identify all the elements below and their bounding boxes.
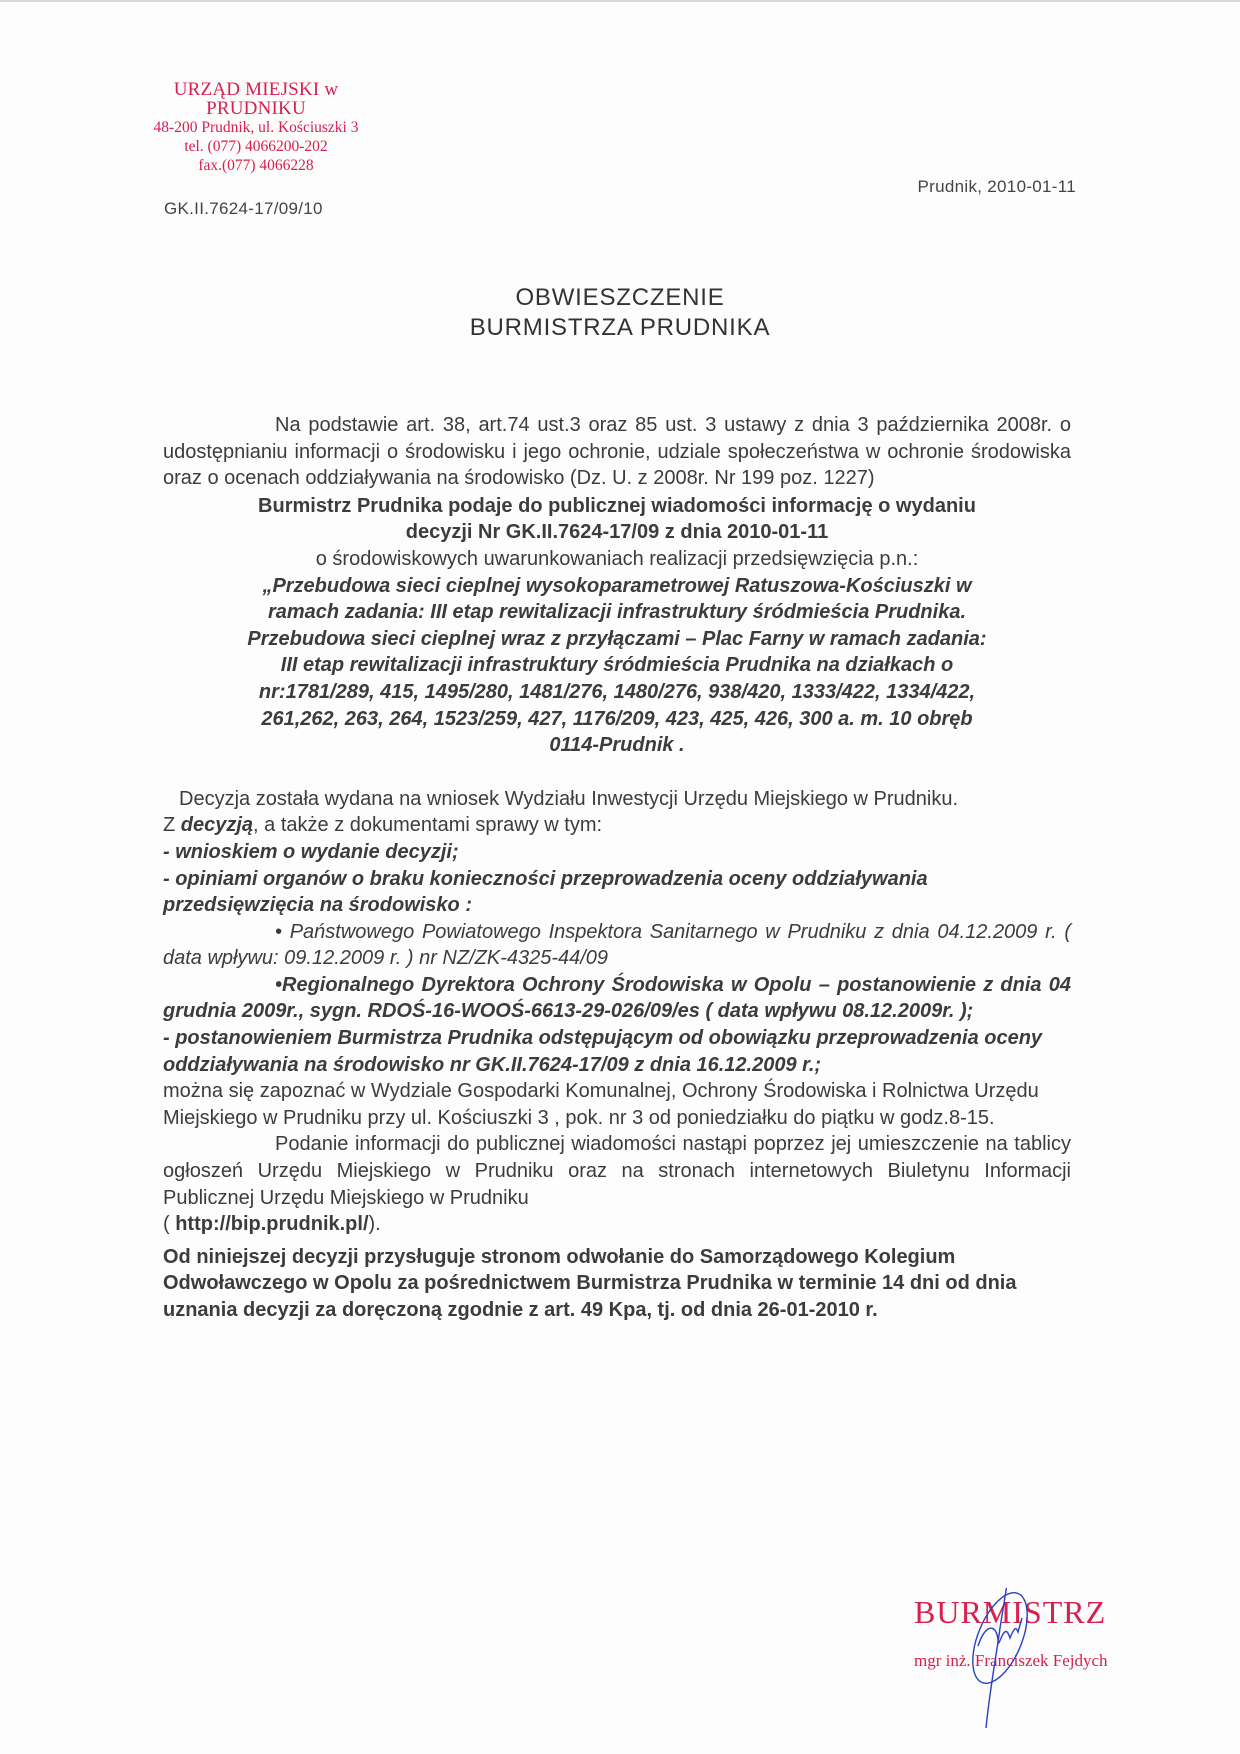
stamp-tel: tel. (077) 4066200-202 [126, 137, 386, 156]
title-line-2: BURMISTRZA PRUDNIKA [0, 313, 1240, 343]
announcement-line-2: decyzji Nr GK.II.7624-17/09 z dnia 2010-… [163, 519, 1071, 546]
handwritten-signature-icon [900, 1588, 1140, 1748]
reference-number: GK.II.7624-17/09/10 [164, 199, 323, 219]
stamp-address: 48-200 Prudnik, ul. Kościuszki 3 [126, 118, 386, 137]
project-line: „Przebudowa sieci cieplnej wysokoparamet… [163, 573, 1071, 600]
bip-link[interactable]: http://bip.prudnik.pl/ [175, 1213, 368, 1235]
project-line: Przebudowa sieci cieplnej wraz z przyłąc… [163, 626, 1071, 653]
document-title: OBWIESZCZENIE BURMISTRZA PRUDNIKA [0, 283, 1240, 343]
title-line-1: OBWIESZCZENIE [0, 283, 1240, 313]
project-line: nr:1781/289, 415, 1495/280, 1481/276, 14… [163, 679, 1071, 706]
place-date: Prudnik, 2010-01-11 [918, 177, 1076, 197]
bip-link-line: ( http://bip.prudnik.pl/). [163, 1211, 1071, 1238]
opinion-1: • Państwowego Powiatowego Inspektora San… [163, 919, 1071, 972]
link-suffix: ). [369, 1213, 381, 1235]
documents-intro-pre: Z [163, 814, 181, 836]
document-body: Na podstawie art. 38, art.74 ust.3 oraz … [163, 412, 1071, 1324]
link-prefix: ( [163, 1213, 175, 1235]
document-item-2: - opiniami organów o braku konieczności … [163, 866, 1071, 919]
intro-paragraph: Na podstawie art. 38, art.74 ust.3 oraz … [163, 412, 1071, 492]
documents-intro-post: , a także z dokumentami sprawy w tym: [253, 814, 602, 836]
project-line: III etap rewitalizacji infrastruktury śr… [163, 652, 1071, 679]
project-description: „Przebudowa sieci cieplnej wysokoparamet… [163, 573, 1071, 759]
appeal-paragraph: Od niniejszej decyzji przysługuje strono… [163, 1244, 1071, 1324]
stamp-office: URZĄD MIEJSKI w PRUDNIKU [126, 80, 386, 118]
announcement-line-1: Burmistrz Prudnika podaje do publicznej … [163, 493, 1071, 520]
announcement-line-3: o środowiskowych uwarunkowaniach realiza… [163, 546, 1071, 573]
documents-intro-emphasis: decyzją [181, 814, 253, 836]
page-edge [0, 0, 1240, 2]
publication-paragraph: Podanie informacji do publicznej wiadomo… [163, 1131, 1071, 1211]
opinion-2: •Regionalnego Dyrektora Ochrony Środowis… [163, 972, 1071, 1025]
documents-intro: Z decyzją, a także z dokumentami sprawy … [163, 812, 1071, 839]
document-item-1: - wnioskiem o wydanie decyzji; [163, 839, 1071, 866]
project-line: 0114-Prudnik . [163, 732, 1071, 759]
project-line: ramach zadania: III etap rewitalizacji i… [163, 599, 1071, 626]
issued-paragraph: Decyzja została wydana na wniosek Wydzia… [163, 786, 1071, 813]
office-stamp: URZĄD MIEJSKI w PRUDNIKU 48-200 Prudnik,… [126, 80, 386, 175]
document-item-3: - postanowieniem Burmistrza Prudnika ods… [163, 1025, 1071, 1078]
where-paragraph: można się zapoznać w Wydziale Gospodarki… [163, 1078, 1071, 1131]
project-line: 261,262, 263, 264, 1523/259, 427, 1176/2… [163, 706, 1071, 733]
stamp-fax: fax.(077) 4066228 [126, 156, 386, 175]
announcement: Burmistrz Prudnika podaje do publicznej … [163, 493, 1071, 546]
